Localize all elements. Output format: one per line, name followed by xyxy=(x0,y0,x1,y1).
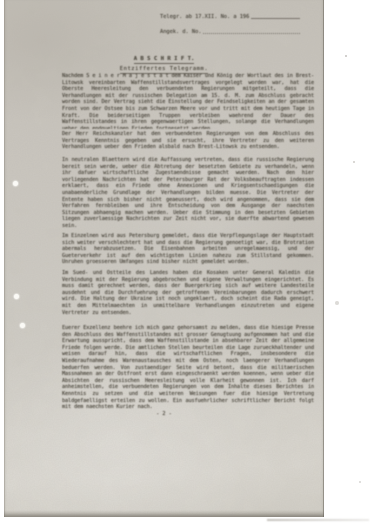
subtitle-row: Entziffertes Telegramm. xyxy=(4,55,324,74)
punch-hole-bottom xyxy=(20,323,25,328)
paper-bottom-edge-shadow xyxy=(4,510,324,517)
paragraph-3: In neutralen Blaettern wird die Auffassu… xyxy=(62,157,314,227)
punch-hole-middle xyxy=(14,294,19,299)
header-line-1-text: Telegr. ab 17.XII. No. a 196 xyxy=(160,14,249,20)
paragraph-1: Nachdem S e i n e r M a j e s t ä t dem … xyxy=(62,73,314,129)
paragraph-6: Euerer Exzellenz beehre ich mich ganz ge… xyxy=(62,325,314,410)
page-number-row: - 2 - xyxy=(4,411,324,417)
header-line-2: Angek. d. No. xyxy=(160,27,300,35)
paragraph-2: Der Herr Reichskanzler hat den verbuende… xyxy=(62,131,314,152)
header-line-2-rule xyxy=(203,33,300,34)
scan-background: Telegr. ab 17.XII. No. a 196 Angek. d. N… xyxy=(0,0,380,531)
scan-artifact-streak xyxy=(267,519,369,521)
header-line-1: Telegr. ab 17.XII. No. a 196 xyxy=(160,12,300,20)
scan-artifact-specks xyxy=(345,55,347,57)
punch-hole-top xyxy=(13,181,18,186)
header-register-block: Telegr. ab 17.XII. No. a 196 Angek. d. N… xyxy=(160,12,300,35)
document-page: Telegr. ab 17.XII. No. a 196 Angek. d. N… xyxy=(4,0,324,517)
header-line-1-rule xyxy=(251,18,300,19)
paragraph-4: Im Einzelnen wird aus Petersburg gemelde… xyxy=(62,233,314,265)
header-line-2-text: Angek. d. No. xyxy=(160,29,201,35)
page-content: Telegr. ab 17.XII. No. a 196 Angek. d. N… xyxy=(4,0,324,517)
paragraph-5: Im Sued- und Ostteile des Landes haben d… xyxy=(62,270,314,318)
page-number: - 2 - xyxy=(156,411,172,417)
